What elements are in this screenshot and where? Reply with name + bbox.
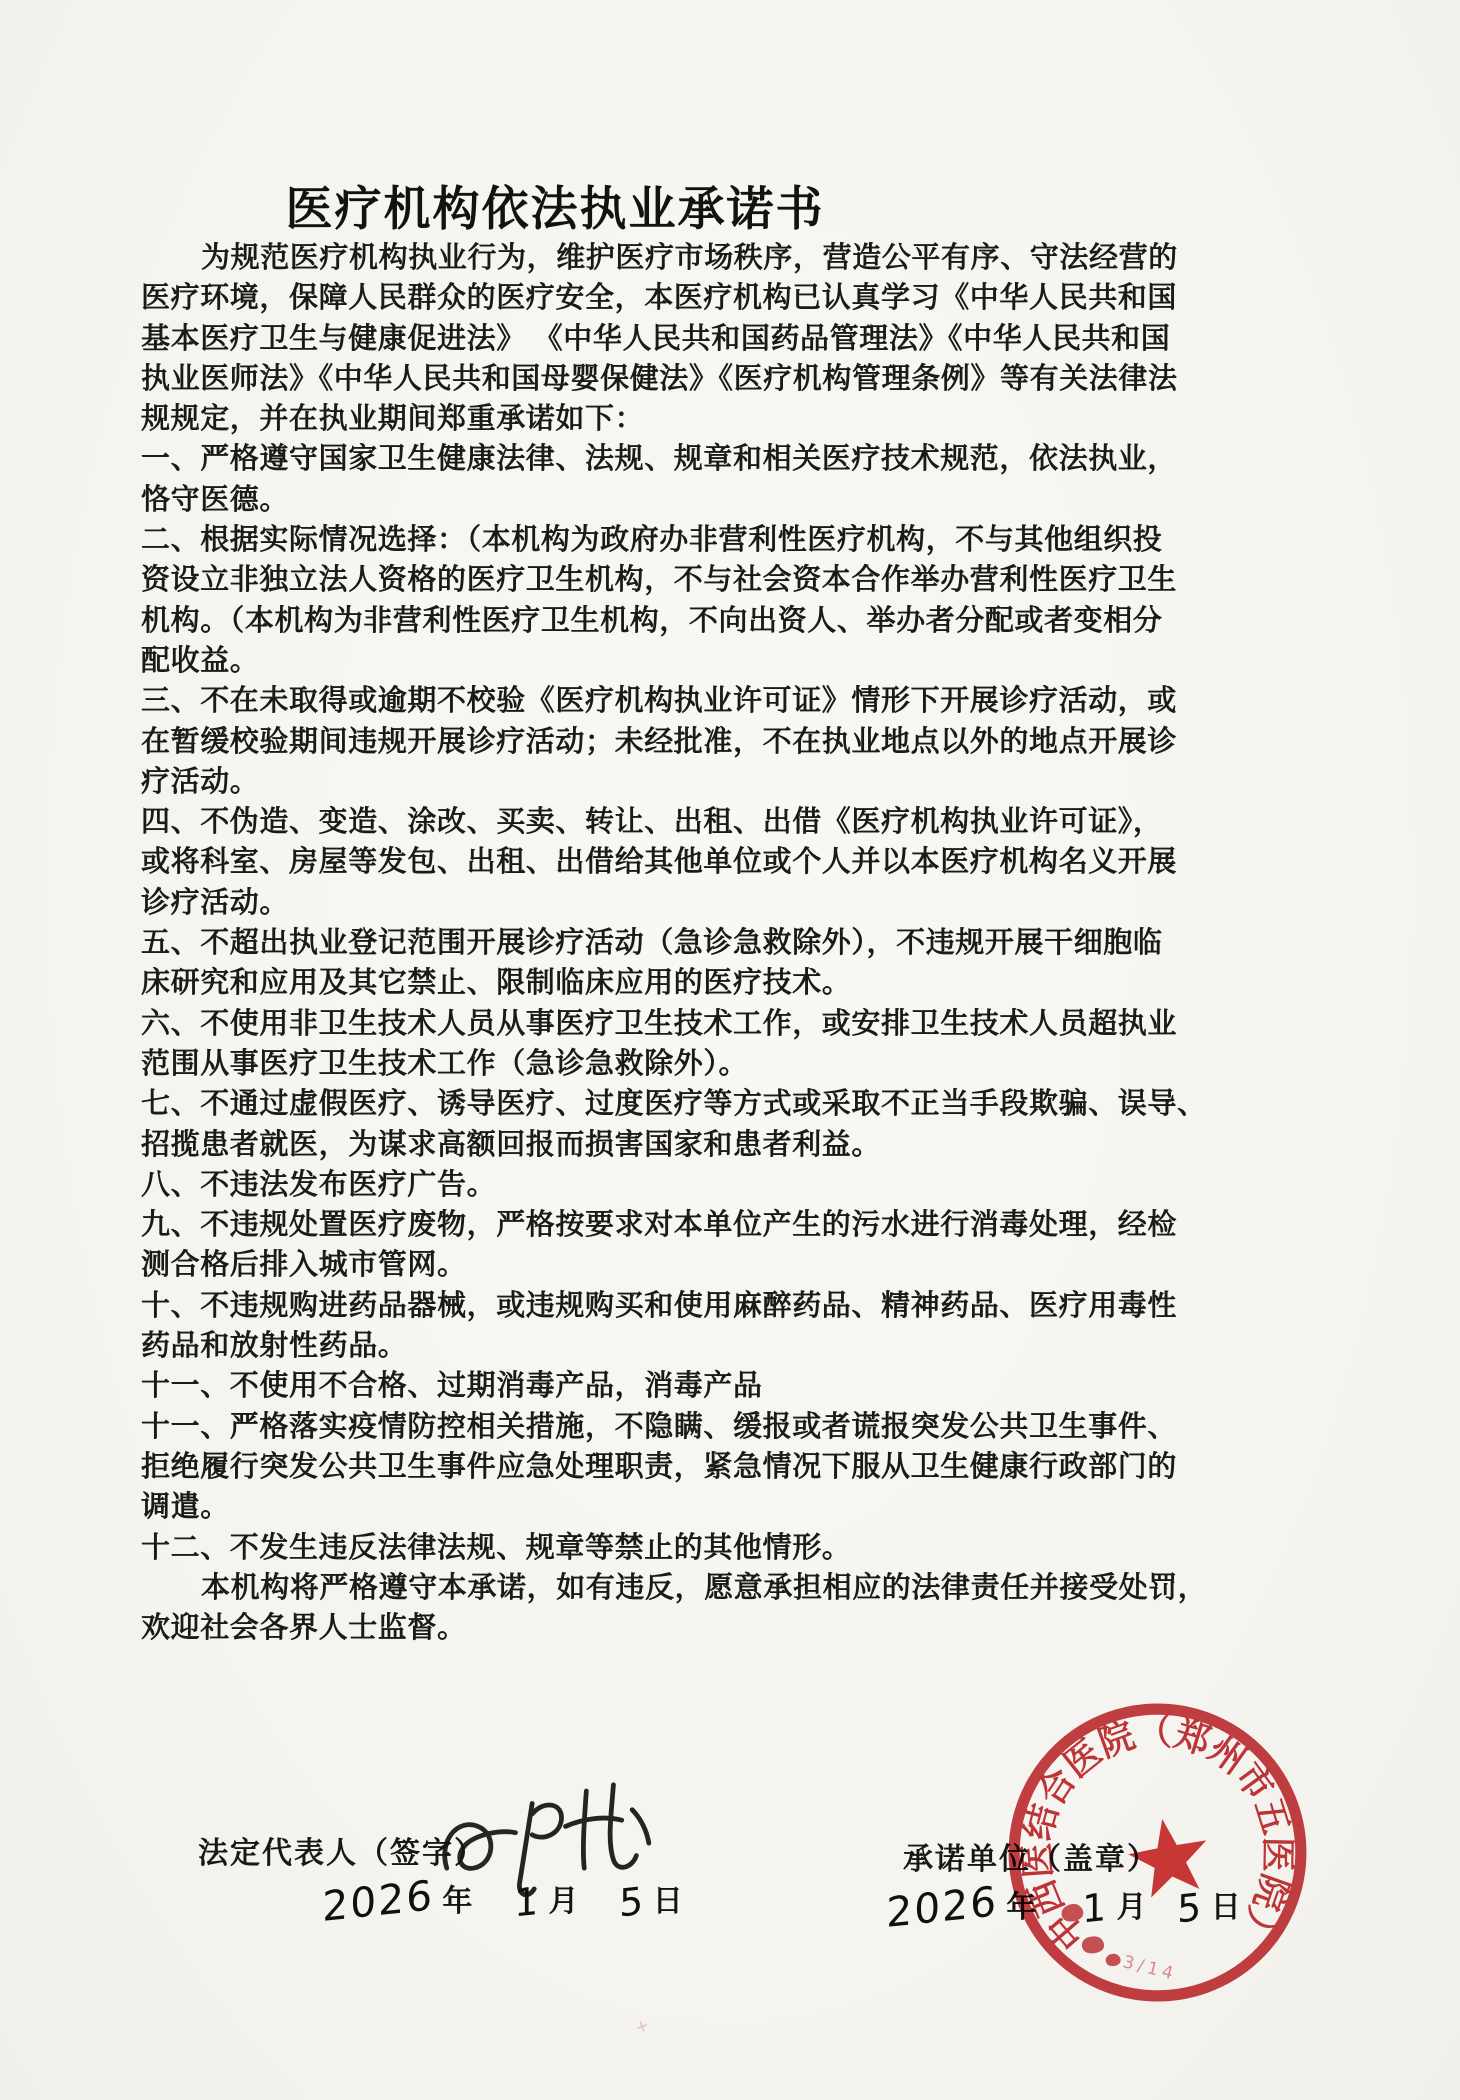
body-line: 配收益。 [141,641,1321,681]
body-line: 恪守医德。 [141,480,1321,520]
body-line: 十、不违规购进药品器械，或违规购买和使用麻醉药品、精神药品、医疗用毒性 [141,1286,1321,1326]
body-line: 床研究和应用及其它禁止、限制临床应用的医疗技术。 [141,963,1321,1003]
ink-smudge: × [632,2015,652,2041]
month-unit: 月 [549,1876,579,1920]
body-line: 医疗环境，保障人民群众的医疗安全，本医疗机构已认真学习《中华人民共和国 [141,278,1321,318]
body-line: 诊疗活动。 [141,883,1321,923]
left-date-year: 2026 [322,1880,434,1922]
body-line: 规规定，并在执业期间郑重承诺如下： [141,399,1321,439]
body-line: 八、不违法发布医疗广告。 [141,1165,1321,1205]
body-line: 为规范医疗机构执业行为，维护医疗市场秩序，营造公平有序、守法经营的 [141,238,1321,278]
body-line: 六、不使用非卫生技术人员从事医疗卫生技术工作，或安排卫生技术人员超执业 [141,1004,1321,1044]
body-line: 五、不超出执业登记范围开展诊疗活动（急诊急救除外），不违规开展干细胞临 [141,923,1321,963]
body-line: 十二、不发生违反法律法规、规章等禁止的其他情形。 [141,1528,1321,1568]
year-unit: 年 [442,1876,472,1920]
body-line: 欢迎社会各界人士监督。 [141,1608,1321,1648]
scanned-document-page: 医疗机构依法执业承诺书 为规范医疗机构执业行为，维护医疗市场秩序，营造公平有序、… [0,0,1460,2100]
body-line: 药品和放射性药品。 [141,1326,1321,1366]
body-line: 范围从事医疗卫生技术工作（急诊急救除外）。 [141,1044,1321,1084]
body-line: 拒绝履行突发公共卫生事件应急处理职责，紧急情况下服从卫生健康行政部门的 [141,1447,1321,1487]
body-text: 为规范医疗机构执业行为，维护医疗市场秩序，营造公平有序、守法经营的医疗环境，保障… [141,238,1321,1648]
day-unit: 日 [653,1876,683,1920]
official-seal: 中西医结合医院（郑州市五医院） 3/14 [1000,1695,1315,2010]
body-line: 九、不违规处置医疗废物，严格按要求对本单位产生的污水进行消毒处理，经检 [141,1205,1321,1245]
left-date-month: 1 [514,1886,540,1919]
seal-serial: 3/14 [1121,1952,1179,1985]
body-line: 四、不伪造、变造、涂改、买卖、转让、出租、出借《医疗机构执业许可证》， [141,802,1321,842]
right-date-year: 2026 [886,1886,998,1928]
body-line: 十一、严格落实疫情防控相关措施，不隐瞒、缓报或者谎报突发公共卫生事件、 [141,1407,1321,1447]
seal-star-icon [1123,1812,1214,1900]
body-line: 二、根据实际情况选择：（本机构为政府办非营利性医疗机构，不与其他组织投 [141,520,1321,560]
body-line: 测合格后排入城市管网。 [141,1245,1321,1285]
body-line: 一、严格遵守国家卫生健康法律、法规、规章和相关医疗技术规范，依法执业， [141,439,1321,479]
body-line: 资设立非独立法人资格的医疗卫生机构，不与社会资本合作举办营利性医疗卫生 [141,560,1321,600]
body-line: 在暂缓校验期间违规开展诊疗活动；未经批准，不在执业地点以外的地点开展诊 [141,722,1321,762]
body-line: 招揽患者就医，为谋求高额回报而损害国家和患者利益。 [141,1125,1321,1165]
body-line: 执业医师法》《中华人民共和国母婴保健法》《医疗机构管理条例》等有关法律法 [141,359,1321,399]
body-line: 疗活动。 [141,762,1321,802]
body-line: 十一、不使用不合格、过期消毒产品，消毒产品 [141,1366,1321,1406]
body-line: 三、不在未取得或逾期不校验《医疗机构执业许可证》情形下开展诊疗活动，或 [141,681,1321,721]
left-date-day: 5 [619,1886,645,1919]
body-line: 本机构将严格遵守本承诺，如有违反，愿意承担相应的法律责任并接受处罚， [141,1568,1321,1608]
body-line: 基本医疗卫生与健康促进法》 《中华人民共和国药品管理法》《中华人民共和国 [141,319,1321,359]
body-line: 调遣。 [141,1487,1321,1527]
document-title: 医疗机构依法执业承诺书 [140,172,970,239]
body-line: 机构。（本机构为非营利性医疗卫生机构，不向出资人、举办者分配或者变相分 [141,601,1321,641]
left-date: 2026年1月5日 [322,1876,683,1920]
body-line: 或将科室、房屋等发包、出租、出借给其他单位或个人并以本医疗机构名义开展 [141,842,1321,882]
body-line: 七、不通过虚假医疗、诱导医疗、过度医疗等方式或采取不正当手段欺骗、误导、 [141,1084,1321,1124]
